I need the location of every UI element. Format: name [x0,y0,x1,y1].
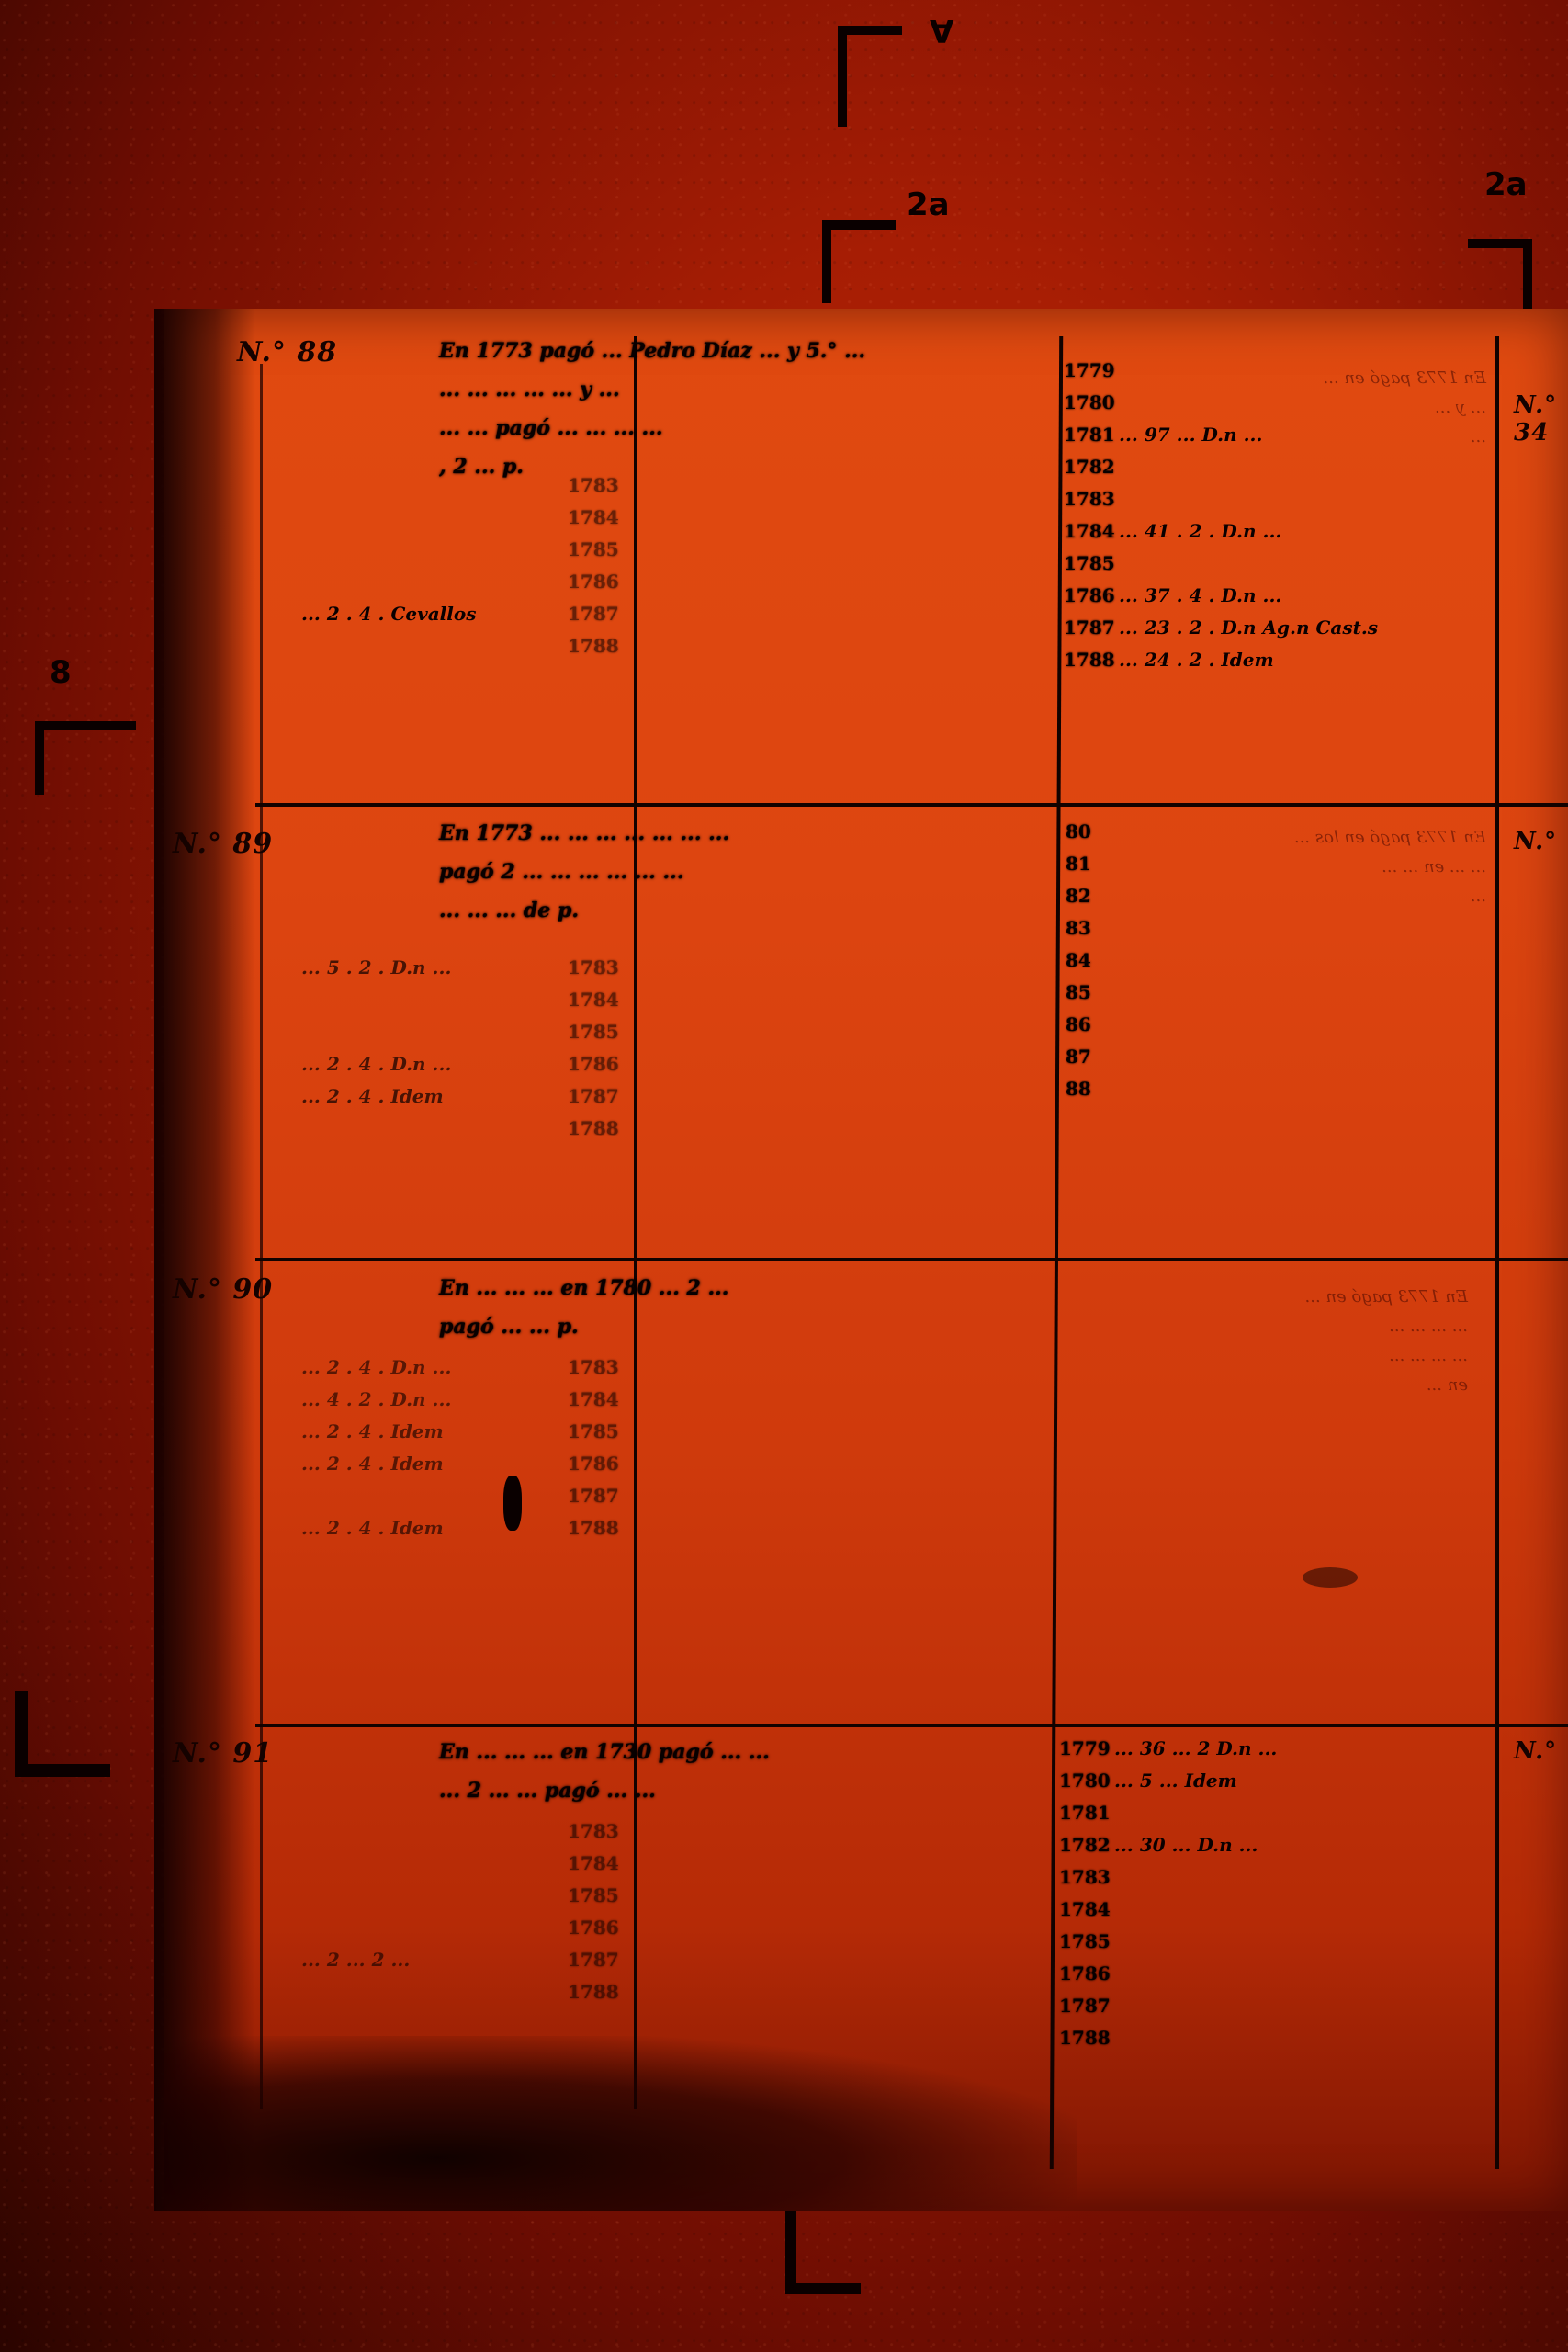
cut-off-entry-label: N.° 34 [1514,391,1568,447]
left-year-column: 178317841785 178617871788 [568,1815,619,2008]
bleed-through-text: En 1773 pagó en ...... y ...... [1137,364,1486,452]
registration-marker-left-bottom [15,1690,116,1828]
row-divider [255,803,1568,807]
right-year-column: 808182 838485 868788 [1066,816,1091,1105]
ink-blot [1303,1567,1358,1588]
marker-glyph: 8 [50,657,72,688]
left-amount-column: ... 2 ... 2 ... [301,1815,410,2008]
left-amount-column: ... 2 . 4 . D.n ...... 4 . 2 . D.n .....… [301,1351,451,1544]
entry-number-label: N.° 90 [173,1273,273,1306]
entry-text: En ... ... ... en 1780 ... 2 ...pagó ...… [439,1269,999,1346]
left-amount-column: ... 2 . 4 . Cevallos [301,469,476,662]
ink-blot [503,1476,522,1531]
right-year-column: 177917801781 178217831784 178517861787 1… [1064,355,1115,676]
entry-text: En 1773 pagó ... Pedro Díaz ... y 5.° ..… [439,332,999,486]
left-year-column: 178317841785 178617871788 [568,952,619,1145]
entry-number-label: N.° 88 [237,336,337,368]
column-divider [634,336,637,2109]
column-divider [1495,336,1499,2169]
row-divider [255,1724,1568,1727]
margin-line [260,364,263,2109]
right-year-column: 177917801781 178217831784 178517861787 1… [1059,1733,1111,2054]
marker-glyph: 2a [907,189,950,220]
cut-off-entry-label: N.° [1514,1737,1557,1765]
left-year-column: 178317841785 178617871788 [568,1351,619,1544]
entry-number-label: N.° 91 [173,1737,273,1770]
registration-marker-top-second: 2a [822,184,951,294]
right-amount-column: ... 36 ... 2 D.n ...... 5 ... Idem ... 3… [1114,1733,1277,1861]
registration-marker-bottom [785,2205,877,2297]
cut-off-entry-label: N.° [1514,828,1557,855]
entry-text: En ... ... ... en 1730 pagó ... ...... 2… [439,1733,999,1810]
marker-glyph: 2a [1484,169,1528,200]
entry-number-label: N.° 89 [173,828,273,860]
registration-marker-top: A [838,22,948,123]
registration-marker-left-mid: 8 [35,648,136,786]
bleed-through-text: En 1773 pagó en ...... ... ... ... ... .… [1119,1283,1468,1400]
bleed-through-text: En 1773 pagó en los ...... ... en ... ..… [1137,823,1486,911]
marker-glyph: A [930,15,953,46]
row-divider [255,1258,1568,1261]
left-year-column: 178317841785 178617871788 [568,469,619,662]
left-amount-column: ... 5 . 2 . D.n ... ... 2 . 4 . D.n ....… [301,952,451,1145]
ledger-sheet: N.° 88 En 1773 pagó ... Pedro Díaz ... y… [164,309,1568,2211]
registration-marker-right: 2a [1468,165,1541,331]
entry-text: En 1773 ... ... ... ... ... ... ...pagó … [439,814,999,930]
